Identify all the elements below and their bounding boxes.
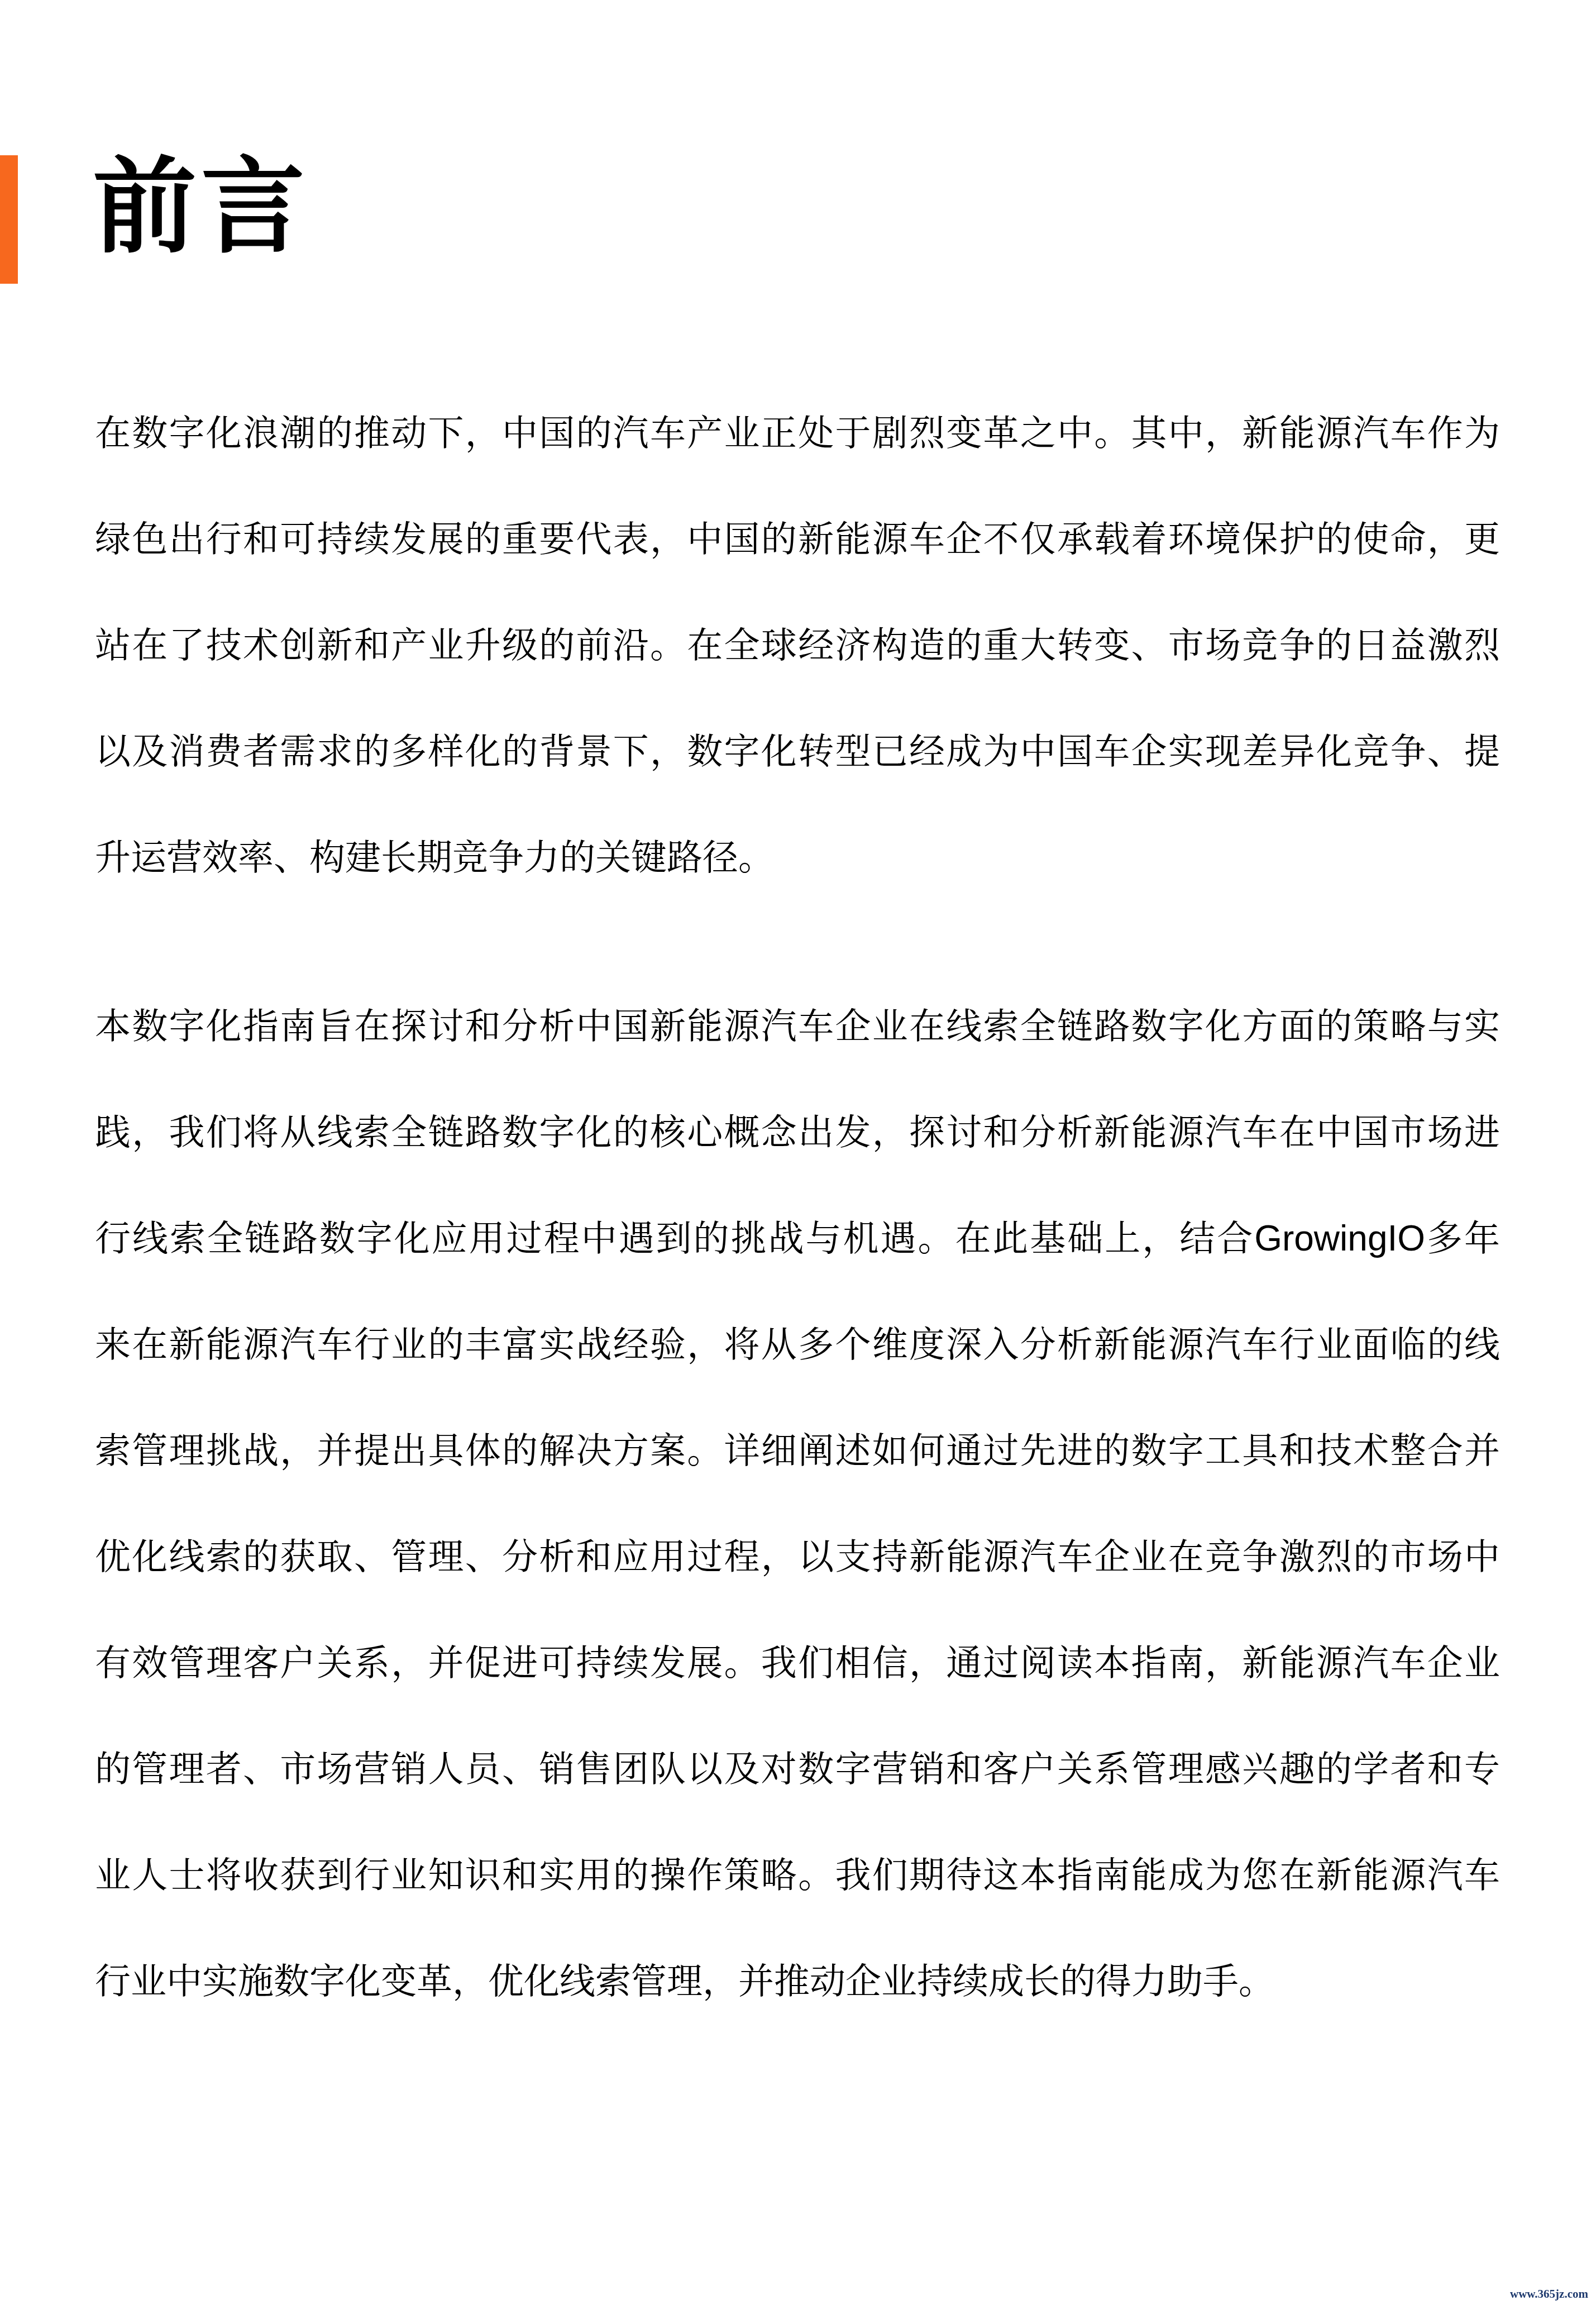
text-line: 的管理者、市场营销人员、销售团队以及对数字营销和客户关系管理感兴趣的学者和专: [95, 1716, 1500, 1822]
text-line: 优化线索的获取、管理、分析和应用过程，以支持新能源汽车企业在竞争激烈的市场中: [95, 1504, 1500, 1610]
paragraph-1: 在数字化浪潮的推动下，中国的汽车产业正处于剧烈变革之中。其中，新能源汽车作为 绿…: [95, 380, 1500, 910]
body-text: 在数字化浪潮的推动下，中国的汽车产业正处于剧烈变革之中。其中，新能源汽车作为 绿…: [95, 380, 1500, 2034]
text-line: 行线索全链路数字化应用过程中遇到的挑战与机遇。在此基础上，结合GrowingIO…: [95, 1185, 1500, 1291]
text-line: 有效管理客户关系，并促进可持续发展。我们相信，通过阅读本指南，新能源汽车企业: [95, 1610, 1500, 1716]
document-page: 前言 在数字化浪潮的推动下，中国的汽车产业正处于剧烈变革之中。其中，新能源汽车作…: [0, 0, 1596, 2305]
page-title: 前言: [93, 146, 309, 269]
text-line: 在数字化浪潮的推动下，中国的汽车产业正处于剧烈变革之中。其中，新能源汽车作为: [95, 380, 1500, 486]
text-line: 行业中实施数字化变革，优化线索管理，并推动企业持续成长的得力助手。: [95, 1928, 1500, 2034]
text-line: 站在了技术创新和产业升级的前沿。在全球经济构造的重大转变、市场竞争的日益激烈: [95, 592, 1500, 698]
text-line: 绿色出行和可持续发展的重要代表，中国的新能源车企不仅承载着环境保护的使命，更: [95, 486, 1500, 592]
text-line: 践，我们将从线索全链路数字化的核心概念出发，探讨和分析新能源汽车在中国市场进: [95, 1079, 1500, 1185]
text-line: 来在新能源汽车行业的丰富实战经验，将从多个维度深入分析新能源汽车行业面临的线: [95, 1291, 1500, 1397]
text-line: 业人士将收获到行业知识和实用的操作策略。我们期待这本指南能成为您在新能源汽车: [95, 1822, 1500, 1928]
paragraph-2: 本数字化指南旨在探讨和分析中国新能源汽车企业在线索全链路数字化方面的策略与实 践…: [95, 973, 1500, 2034]
watermark: www.365jz.com: [1510, 2287, 1588, 2301]
text-line: 索管理挑战，并提出具体的解决方案。详细阐述如何通过先进的数字工具和技术整合并: [95, 1397, 1500, 1504]
text-line: 本数字化指南旨在探讨和分析中国新能源汽车企业在线索全链路数字化方面的策略与实: [95, 973, 1500, 1079]
text-line: 升运营效率、构建长期竞争力的关键路径。: [95, 804, 1500, 910]
title-accent-bar: [0, 155, 18, 284]
text-line: 以及消费者需求的多样化的背景下，数字化转型已经成为中国车企实现差异化竞争、提: [95, 698, 1500, 804]
